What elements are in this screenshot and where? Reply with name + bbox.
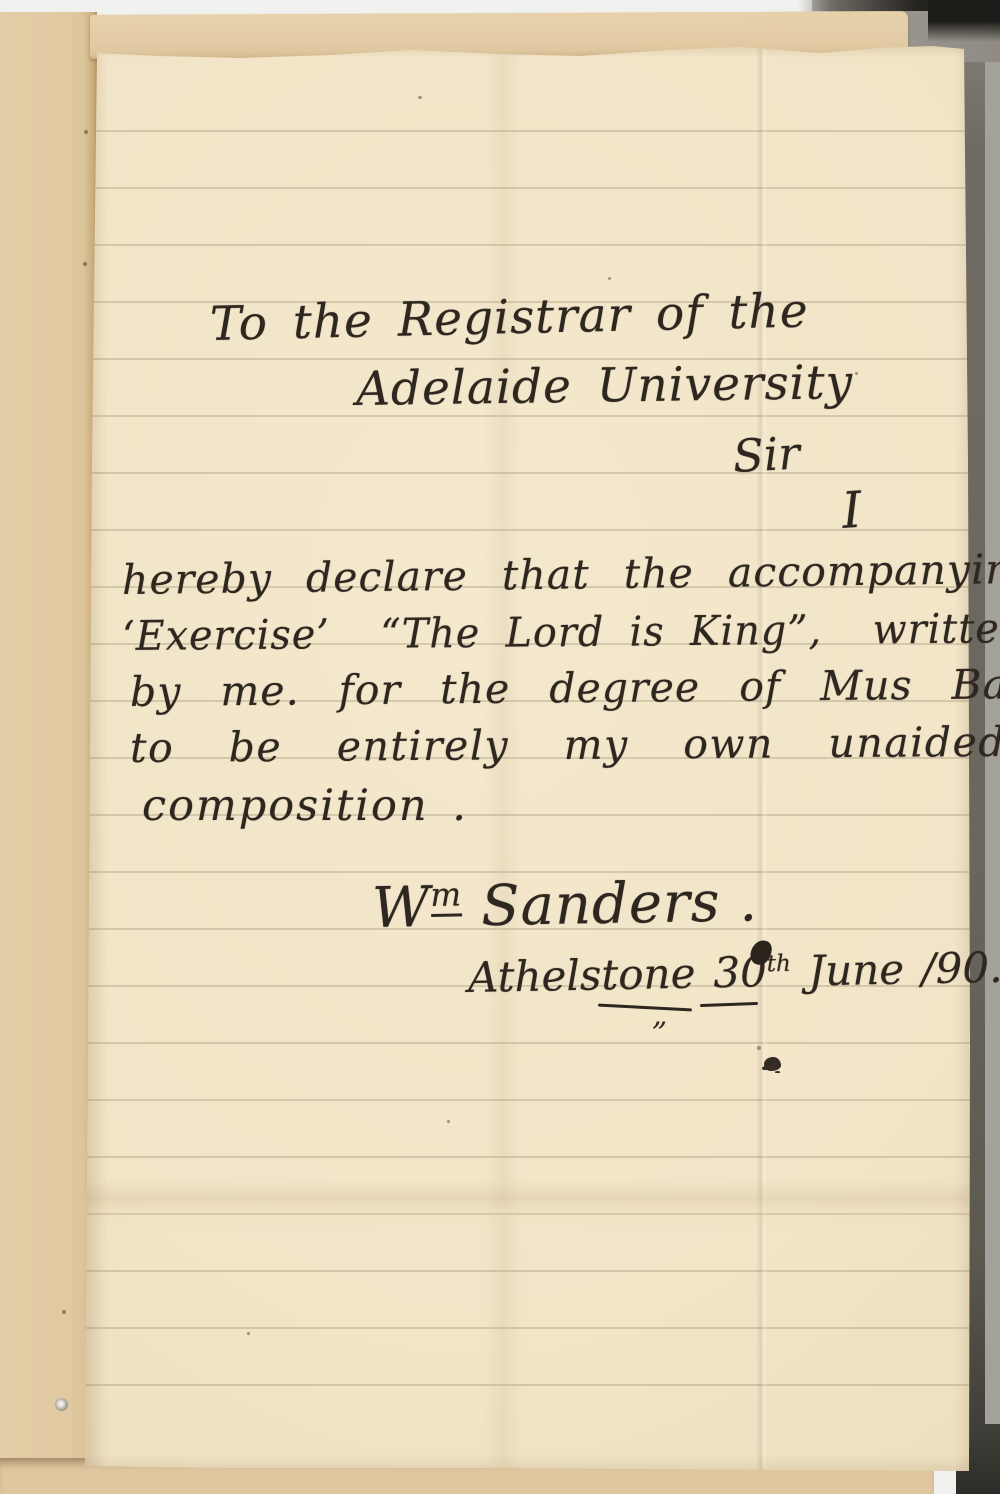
- scanned-letter-document: To the Registrar of the Adelaide Univers…: [0, 0, 1000, 1494]
- signature: Wm Sanders .: [371, 869, 758, 941]
- body-line-3: by me. for the degree of Mus Bac.: [130, 660, 1000, 716]
- body-pronoun: I: [840, 481, 864, 540]
- scan-background-corner-shadow: [928, 0, 1000, 42]
- signature-initial: W: [371, 875, 431, 941]
- signature-superscript: m: [430, 876, 463, 918]
- paper-speck: [855, 372, 858, 375]
- paper-speck: [418, 96, 422, 99]
- body-line-2: ‘Exercise’ “The Lord is King”, written: [122, 604, 1000, 660]
- ditto-mark: „: [652, 998, 668, 1033]
- ink-blot: [764, 1057, 781, 1071]
- folder-cover-left-strip: [0, 12, 97, 1494]
- heading-recipient-line-2: Adelaide University: [356, 355, 854, 417]
- signature-surname: Sanders .: [462, 869, 759, 939]
- binding-stitch-hole: [83, 262, 87, 266]
- binding-stitch-hole: [62, 1310, 66, 1314]
- dateline-month-year: June /90.: [791, 943, 1000, 996]
- binding-stitch-hole: [84, 130, 88, 134]
- paper-speck: [247, 1332, 250, 1335]
- paper-speck: [447, 1120, 450, 1123]
- ink-speck: [757, 1046, 761, 1050]
- body-line-5: composition .: [142, 781, 468, 831]
- dateline: Athelstone30th June /90.: [468, 943, 1000, 1002]
- salutation: Sir: [732, 427, 801, 483]
- body-line-4: to be entirely my own unaided: [130, 718, 1000, 772]
- binding-eyelet: [55, 1398, 68, 1411]
- paper-speck: [608, 277, 611, 280]
- dateline-place: Athelstone: [468, 949, 696, 1002]
